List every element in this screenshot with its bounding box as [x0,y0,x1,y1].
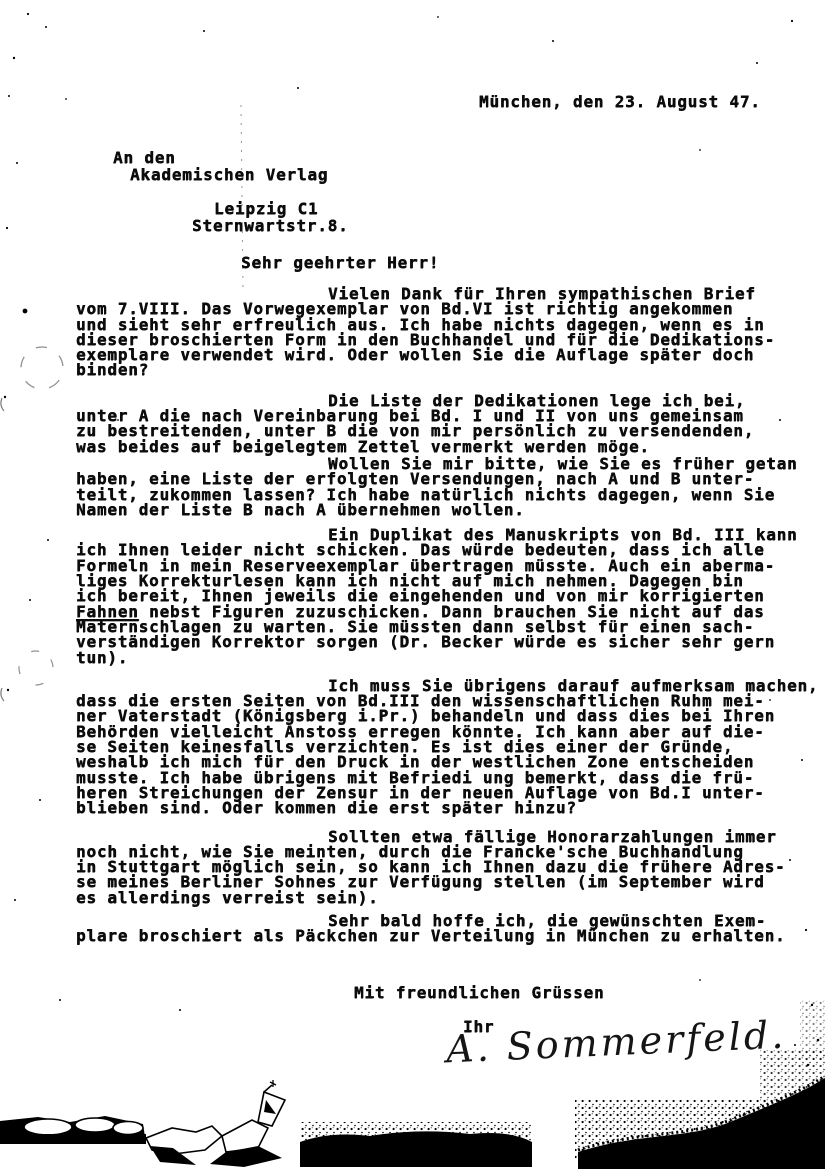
letter-line: es allerdings verreist sein). [76,890,788,905]
letter-line: tun). [76,650,788,665]
paragraph: Sehr bald hoffe ich, die gewünschten Exe… [76,913,788,944]
letter-line: binden? [76,362,788,377]
letter-date: München, den 23. August 47. [479,92,761,111]
letter-line: was beides auf beigelegtem Zettel vermer… [76,439,788,454]
letter-line: exemplare verwendet wird. Oder wollen Si… [76,347,788,362]
paragraph: Sollten etwa fällige Honorarzahlungen im… [76,829,788,905]
paragraph: Die Liste der Dedikationen lege ich bei,… [76,393,788,454]
letter-line: Namen der Liste B nach A übernehmen woll… [76,502,788,517]
recipient-street: Sternwartstr.8. [192,216,349,235]
hole-punch-marks [1,338,72,701]
letter-line: verständigen Korrektor sorgen (Dr. Becke… [76,634,788,649]
letter-line: plare broschiert als Päckchen zur Vertei… [76,928,788,943]
paragraph: Ich muss Sie übrigens darauf aufmerksam … [76,678,788,816]
recipient-line-2: Akademischen Verlag [130,165,328,184]
letter-line: blieben sind. Oder kommen die erst späte… [76,800,788,815]
paragraph: Ein Duplikat des Manuskripts von Bd. III… [76,527,788,665]
closing-phrase: Mit freundlichen Grüssen [354,983,604,1002]
salutation: Sehr geehrter Herr! [241,253,439,272]
letter-body: Vielen Dank für Ihren sympathischen Brie… [76,286,788,944]
paragraph: Wollen Sie mir bitte, wie Sie es früher … [76,456,788,517]
scanned-letter-page: München, den 23. August 47. An den Akade… [0,0,825,1169]
paragraph: Vielen Dank für Ihren sympathischen Brie… [76,286,788,378]
handwritten-signature: A. Sommerfeld. [445,1013,787,1072]
